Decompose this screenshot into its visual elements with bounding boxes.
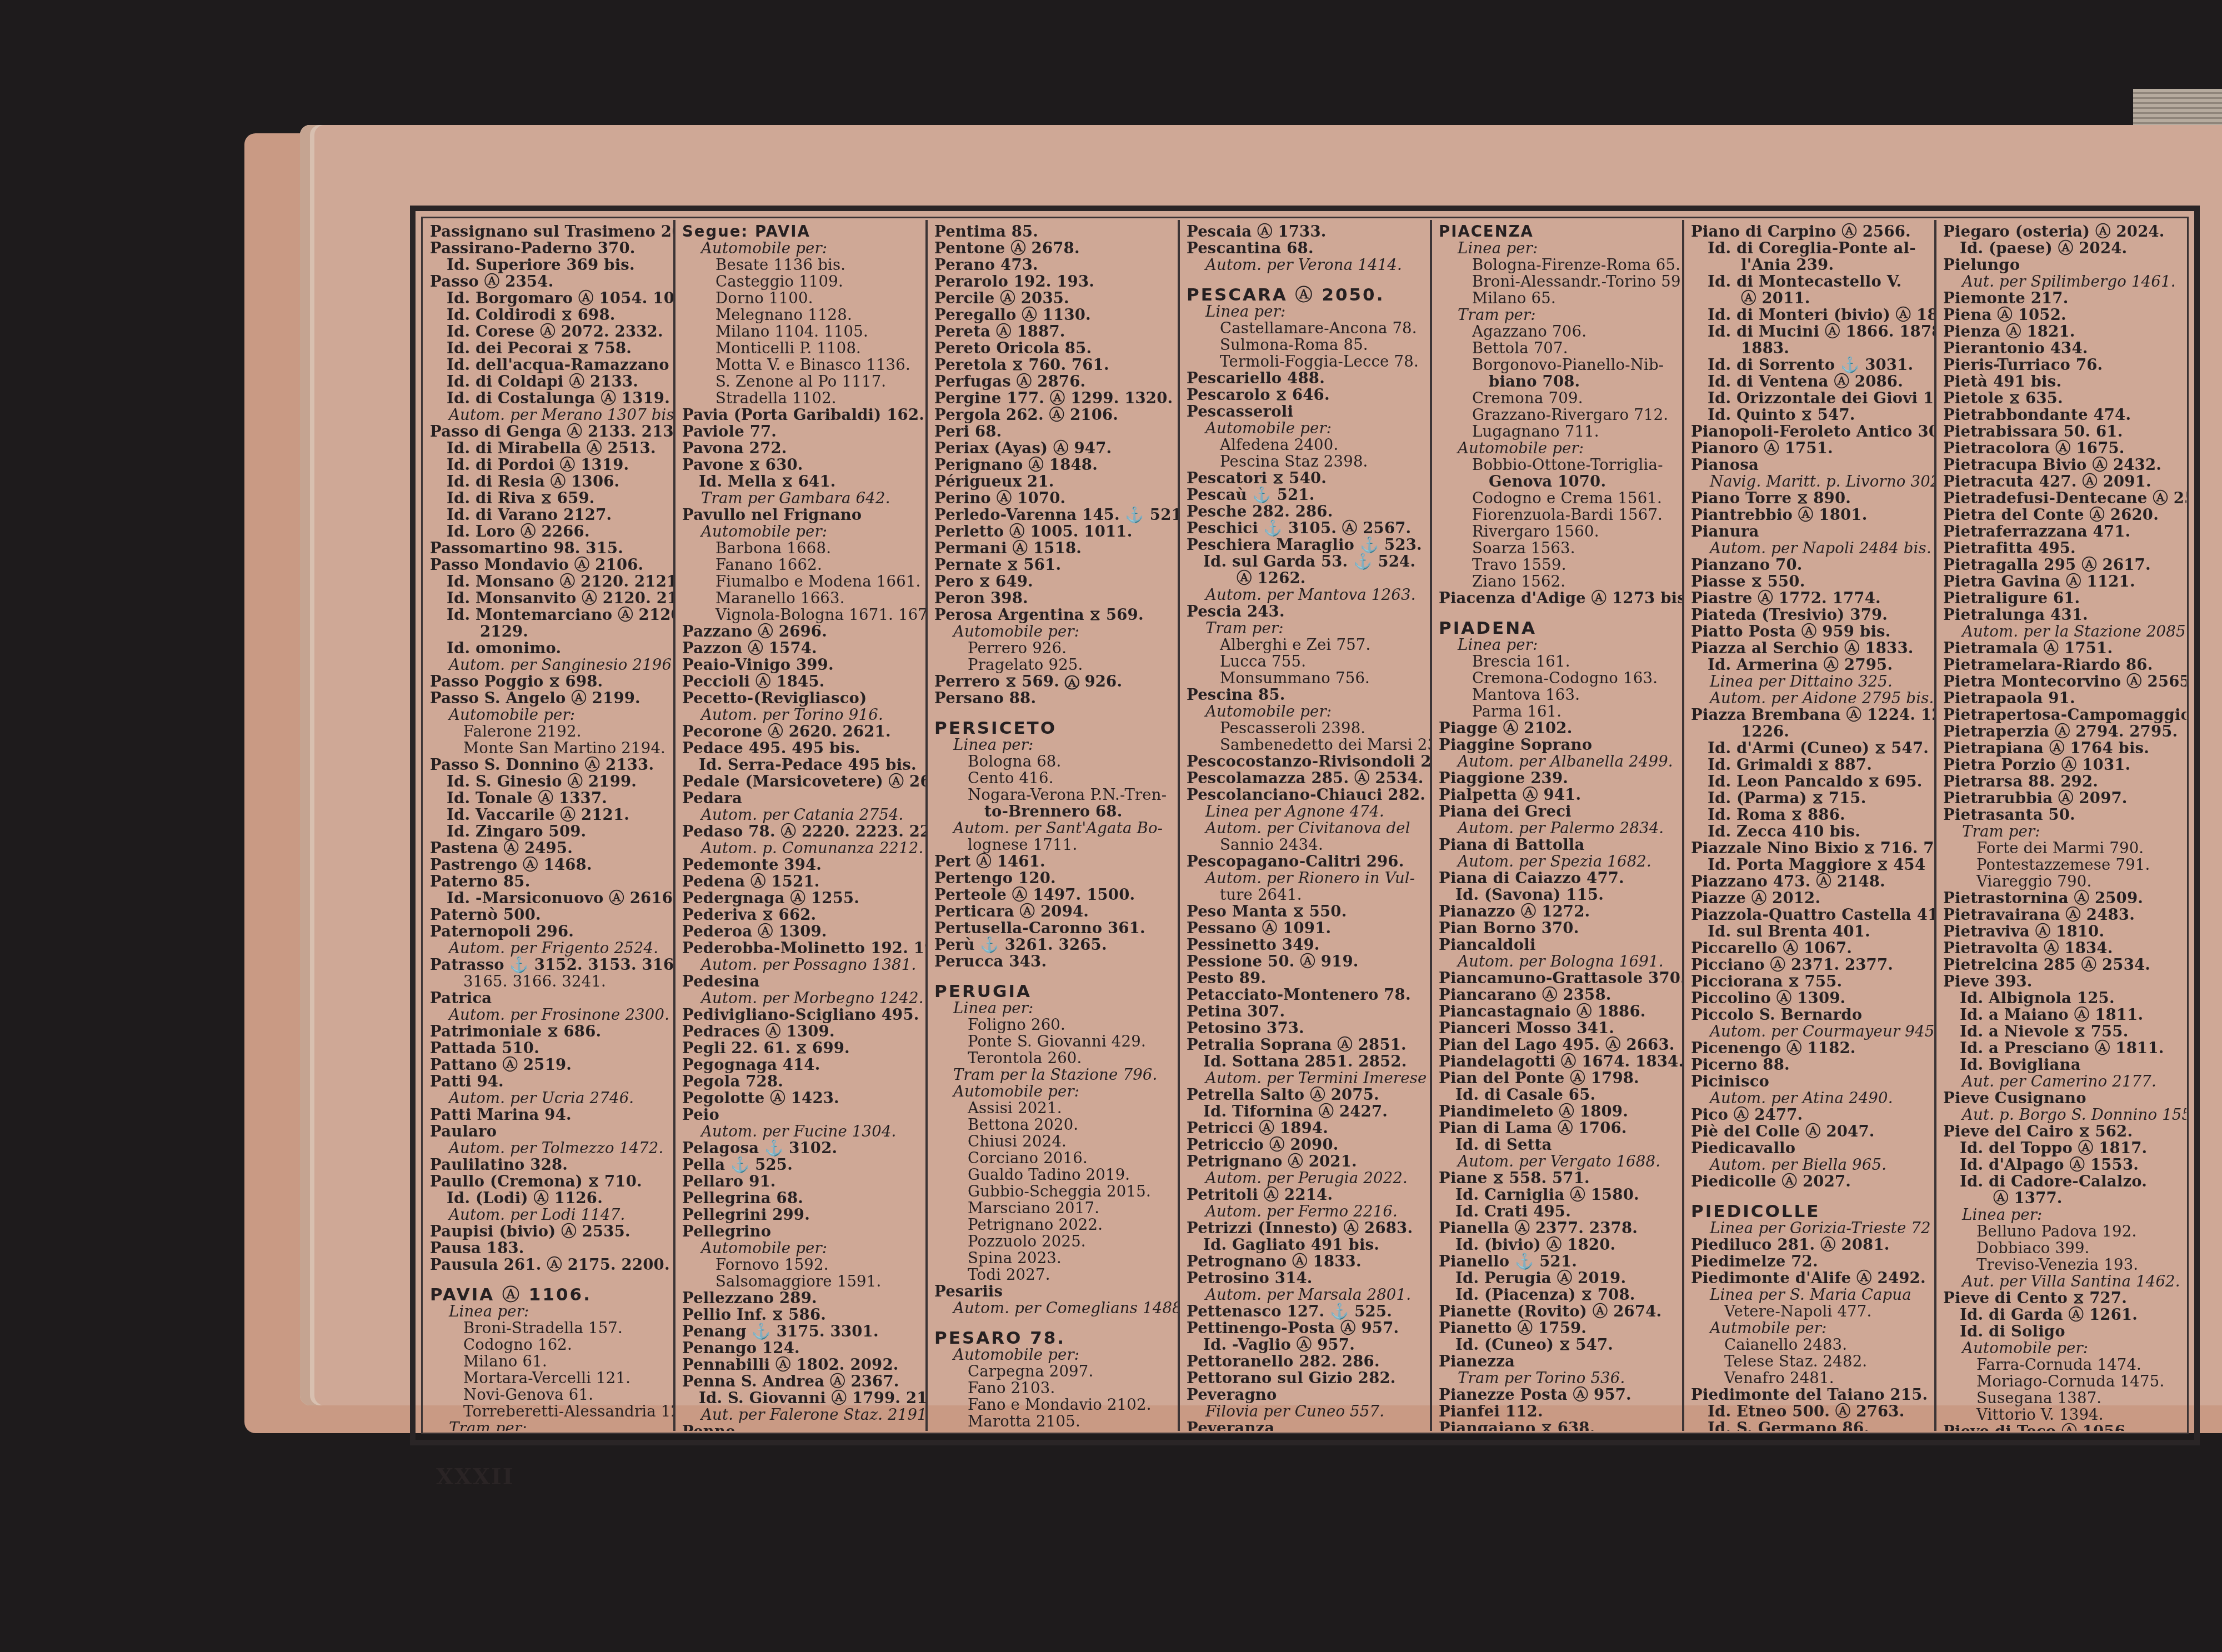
index-entry: Pattada 510. xyxy=(430,1040,670,1057)
service-line: Linea per Gorizia-Trieste 72 xyxy=(1691,1220,1931,1237)
index-entry: Motta V. e Binasco 1136. xyxy=(682,357,922,373)
index-entry: Peregallo Ⓐ 1130. xyxy=(934,307,1174,323)
index-entry: Patrasso ⚓ 3152. 3153. 3163. 3164 xyxy=(430,957,670,973)
index-entry: Milano 65. xyxy=(1439,290,1679,307)
index-entry: Piccarello Ⓐ 1067. xyxy=(1691,940,1931,957)
index-entry: Patti Marina 94. xyxy=(430,1107,670,1123)
index-entry: Fano e Mondavio 2102. xyxy=(934,1396,1174,1413)
index-entry: Pieve 393. xyxy=(1943,973,2183,990)
index-entry: Pattano Ⓐ 2519. xyxy=(430,1057,670,1073)
service-line: Automobile per: xyxy=(1943,1340,2183,1356)
index-entry: Pietrarsa 88. 292. xyxy=(1943,773,2183,790)
index-entry: Piancastagnaio Ⓐ 1886. xyxy=(1439,1003,1679,1020)
service-line: Linea per: xyxy=(1439,637,1679,653)
service-line: Autom. per Courmayeur 945. xyxy=(1691,1023,1931,1040)
service-line: Autom. per Fermo 2216. xyxy=(1187,1203,1427,1220)
index-entry: Id. di Resia Ⓐ 1306. xyxy=(430,473,670,490)
index-entry: Piandimeleto Ⓐ 1809. xyxy=(1439,1103,1679,1120)
index-entry: Pegognaga 414. xyxy=(682,1057,922,1073)
service-line: Autom. per Atina 2490. xyxy=(1691,1090,1931,1107)
service-line: Linea per: xyxy=(934,737,1174,753)
index-entry: Pietravairana Ⓐ 2483. xyxy=(1943,907,2183,923)
index-entry: Id. di Montecastello V. xyxy=(1691,273,1931,290)
index-entry: Id. Mella ⧖ 641. xyxy=(682,473,922,490)
index-entry: Pescolanciano-Chiauci 282. xyxy=(1187,787,1427,803)
index-entry: Perino Ⓐ 1070. xyxy=(934,490,1174,507)
index-entry: Penne xyxy=(682,1423,922,1431)
index-entry: Novi-Genova 61. xyxy=(430,1386,670,1403)
index-entry: Marsciano 2017. xyxy=(934,1200,1174,1217)
service-line: Linea per: xyxy=(430,1303,670,1320)
index-entry: Peri 68. xyxy=(934,423,1174,440)
index-entry: Pescolamazza 285. Ⓐ 2534. xyxy=(1187,770,1427,787)
index-entry: Id. S. Ginesio Ⓐ 2199. xyxy=(430,773,670,790)
index-entry: Id. Corese Ⓐ 2072. 2332. xyxy=(430,323,670,340)
index-entry: Mortara-Vercelli 121. xyxy=(430,1370,670,1386)
index-entry: Pietracolora Ⓐ 1675. xyxy=(1943,440,2183,457)
index-entry: Milano 1104. 1105. xyxy=(682,323,922,340)
index-entry: Perticara Ⓐ 2094. xyxy=(934,903,1174,920)
index-entry: Pianetto Ⓐ 1759. xyxy=(1439,1320,1679,1336)
index-entry: Pianette (Rovito) Ⓐ 2674. xyxy=(1439,1303,1679,1320)
page-number: XXXII xyxy=(436,1464,514,1490)
index-entry: Piegaro (osteria) Ⓐ 2024. xyxy=(1943,223,2183,240)
index-entry: Picinisco xyxy=(1691,1073,1931,1090)
index-entry: Id. Crati 495. xyxy=(1439,1203,1679,1220)
index-entry: Pian del Ponte Ⓐ 1798. xyxy=(1439,1070,1679,1087)
index-entry: Pero ⧖ 649. xyxy=(934,573,1174,590)
index-entry: Id. Porta Maggiore ⧖ 454 xyxy=(1691,857,1931,873)
index-entry: Foligno 260. xyxy=(934,1017,1174,1033)
index-entry: Peron 398. xyxy=(934,590,1174,607)
index-entry: Patrimoniale ⧖ 686. xyxy=(430,1023,670,1040)
index-entry: Bettona 2020. xyxy=(934,1117,1174,1133)
index-entry: lognese 1711. xyxy=(934,837,1174,853)
index-entry: Passirano-Paderno 370. xyxy=(430,240,670,257)
index-column-5: PIACENZALinea per:Bologna-Firenze-Roma 6… xyxy=(1432,220,1684,1431)
index-entry: Percile Ⓐ 2035. xyxy=(934,290,1174,307)
index-column-2: Segue: PAVIAAutomobile per:Besate 1136 b… xyxy=(675,220,928,1431)
index-entry: Id. Monsano Ⓐ 2120. 2121. 2129 xyxy=(430,573,670,590)
index-entry: Pentone Ⓐ 2678. xyxy=(934,240,1174,257)
index-entry: Piane ⧖ 558. 571. xyxy=(1439,1170,1679,1187)
index-entry: Pietraperzia Ⓐ 2794. 2795. xyxy=(1943,723,2183,740)
index-entry: Piancamuno-Grattasole 370. xyxy=(1439,970,1679,987)
service-line: Automobile per: xyxy=(682,240,922,257)
index-entry: Piè del Colle Ⓐ 2047. xyxy=(1691,1123,1931,1140)
section-heading: PIEDICOLLE xyxy=(1691,1203,1931,1220)
section-heading: PIACENZA xyxy=(1439,223,1679,240)
index-entry: Id. omonimo. xyxy=(430,640,670,657)
index-entry: Pedraces Ⓐ 1309. xyxy=(682,1023,922,1040)
index-entry: Rivergaro 1560. xyxy=(1439,523,1679,540)
index-entry: Id. S. Giovanni Ⓐ 1799. 2194. xyxy=(682,1390,922,1406)
index-entry: biano 708. xyxy=(1439,373,1679,390)
service-line: Autom. per Aidone 2795 bis. xyxy=(1691,690,1931,707)
index-entry: Piastre Ⓐ 1772. 1774. xyxy=(1691,590,1931,607)
index-entry: Peveragno xyxy=(1187,1386,1427,1403)
index-entry: Id. (Savona) 115. xyxy=(1439,887,1679,903)
index-entry: Id. d'Alpago Ⓐ 1553. xyxy=(1943,1157,2183,1173)
index-entry: Pavona 272. xyxy=(682,440,922,457)
service-line: Automobile per: xyxy=(430,707,670,723)
index-entry: Id. Sottana 2851. 2852. xyxy=(1187,1053,1427,1070)
index-entry: Pietrapaola 91. xyxy=(1943,690,2183,707)
index-entry: Milano 61. xyxy=(430,1353,670,1370)
index-entry: Pieve del Cairo ⧖ 562. xyxy=(1943,1123,2183,1140)
index-entry: Pessinetto 349. xyxy=(1187,937,1427,953)
index-entry: Pederiva ⧖ 662. xyxy=(682,907,922,923)
service-line: Autom. per Frigento 2524. xyxy=(430,940,670,957)
section-heading: PERSICETO xyxy=(934,720,1174,737)
index-entry: Piangaiano ⧖ 638. xyxy=(1439,1420,1679,1431)
index-entry: Pettinengo-Posta Ⓐ 957. xyxy=(1187,1320,1427,1336)
index-entry: Cremona-Codogno 163. xyxy=(1439,670,1679,687)
index-entry: Pietragalla 295 Ⓐ 2617. xyxy=(1943,557,2183,573)
index-entry: Piantrebbio Ⓐ 1801. xyxy=(1691,507,1931,523)
index-entry: Nogara-Verona P.N.-Tren- xyxy=(934,787,1174,803)
index-entry: Pietra Porzio Ⓐ 1031. xyxy=(1943,757,2183,773)
index-column-7: Piegaro (osteria) Ⓐ 2024.Id. (paese) Ⓐ 2… xyxy=(1936,220,2186,1431)
index-entry: Pianura xyxy=(1691,523,1931,540)
index-entry: Moriago-Cornuda 1475. xyxy=(1943,1373,2183,1390)
index-entry: Id. Quinto ⧖ 547. xyxy=(1691,407,1931,423)
index-entry: Id. (Lodi) Ⓐ 1126. xyxy=(430,1190,670,1207)
index-entry: Pessione 50. Ⓐ 919. xyxy=(1187,953,1427,970)
index-entry: Petina 307. xyxy=(1187,1003,1427,1020)
service-line: Autom. per Mantova 1263. xyxy=(1187,587,1427,603)
index-entry: Pedesina xyxy=(682,973,922,990)
index-entry: Petrella Salto Ⓐ 2075. xyxy=(1187,1087,1427,1103)
index-entry: Id. di Casale 65. xyxy=(1439,1087,1679,1103)
index-entry: Passignano sul Trasimeno 260. xyxy=(430,223,670,240)
index-entry: Pianoro Ⓐ 1751. xyxy=(1691,440,1931,457)
index-entry: Pietracupa Bivio Ⓐ 2432. xyxy=(1943,457,2183,473)
index-entry: Paularo xyxy=(430,1123,670,1140)
service-line: Tram per Torino 536. xyxy=(1439,1370,1679,1386)
service-line: Autom. per Ucria 2746. xyxy=(430,1090,670,1107)
index-entry: Id. Roma ⧖ 886. xyxy=(1691,807,1931,823)
index-entry: Piemonte 217. xyxy=(1943,290,2183,307)
service-line: Automobile per: xyxy=(1187,420,1427,437)
service-line: Automobile per: xyxy=(1439,440,1679,457)
index-entry: Petrosino 314. xyxy=(1187,1270,1427,1286)
index-entry: Picenengo Ⓐ 1182. xyxy=(1691,1040,1931,1057)
service-line: Autom. per Verona 1414. xyxy=(1187,257,1427,273)
service-line: Linea per S. Maria Capua xyxy=(1691,1286,1931,1303)
index-entry: Pergine 177. Ⓐ 1299. 1320. xyxy=(934,390,1174,407)
index-entry: Ⓐ 1262. xyxy=(1187,570,1427,587)
index-entry: Id. dei Pecorai ⧖ 758. xyxy=(430,340,670,357)
index-entry: Ⓐ 1377. xyxy=(1943,1190,2183,1207)
index-entry: Pianezza xyxy=(1439,1353,1679,1370)
index-entry: Pianezze Posta Ⓐ 957. xyxy=(1439,1386,1679,1403)
service-line: Autom. per Albanella 2499. xyxy=(1439,753,1679,770)
index-entry: Persano 88. xyxy=(934,690,1174,707)
index-entry: Pescaù ⚓ 521. xyxy=(1187,487,1427,503)
index-entry: Pesto 89. xyxy=(1187,970,1427,987)
index-entry: Id. Tonale Ⓐ 1337. xyxy=(430,790,670,807)
index-entry: Perù ⚓ 3261. 3265. xyxy=(934,937,1174,953)
index-entry: Perano 473. xyxy=(934,257,1174,273)
index-entry: Pietrafitta 495. xyxy=(1943,540,2183,557)
index-entry: Pontestazzemese 791. xyxy=(1943,857,2183,873)
index-entry: Pieve di Teco Ⓐ 1056. xyxy=(1943,1423,2183,1431)
index-entry: Id. (paese) Ⓐ 2024. xyxy=(1943,240,2183,257)
index-entry: Petrignano 2022. xyxy=(934,1217,1174,1233)
service-line: Aut. p. Borgo S. Donnino 1558 xyxy=(1943,1107,2183,1123)
index-entry: Pausa 183. xyxy=(430,1240,670,1256)
index-entry: Pietraligure 61. xyxy=(1943,590,2183,607)
index-entry: Piccolo S. Bernardo xyxy=(1691,1007,1931,1023)
index-entry: Piedicolle Ⓐ 2027. xyxy=(1691,1173,1931,1190)
index-entry: Piagge Ⓐ 2102. xyxy=(1439,720,1679,737)
index-entry: Paterno 85. xyxy=(430,873,670,890)
service-line: Autom. per Sant'Agata Bo- xyxy=(934,820,1174,837)
index-entry: Pianceri Mosso 341. xyxy=(1439,1020,1679,1037)
index-entry: Venafro 2481. xyxy=(1691,1370,1931,1386)
index-entry: Passomartino 98. 315. xyxy=(430,540,670,557)
service-line: Aut. per Falerone Staz. 2191. xyxy=(682,1406,922,1423)
index-entry: Pianzano 70. xyxy=(1691,557,1931,573)
index-entry: Piacenza d'Adige Ⓐ 1273 bis. xyxy=(1439,590,1679,607)
index-entry: Petrizzi (Innesto) Ⓐ 2683. xyxy=(1187,1220,1427,1237)
index-entry: Picciano Ⓐ 2371. 2377. xyxy=(1691,957,1931,973)
index-entry: Petralia Soprana Ⓐ 2851. xyxy=(1187,1037,1427,1053)
index-entry: Termoli-Foggia-Lecce 78. xyxy=(1187,353,1427,370)
index-entry: Pergola 262. Ⓐ 2106. xyxy=(934,407,1174,423)
index-entry: Id. Serra-Pedace 495 bis. xyxy=(682,757,922,773)
index-entry: Maranello 1663. xyxy=(682,590,922,607)
service-line: Automobile per: xyxy=(682,523,922,540)
index-entry: Passo di Genga Ⓐ 2133. 2133 bis xyxy=(430,423,670,440)
service-line: Autom. per Marsala 2801. xyxy=(1187,1286,1427,1303)
index-entry: Paternò 500. xyxy=(430,907,670,923)
index-table-frame: Passignano sul Trasimeno 260.Passirano-P… xyxy=(410,206,2200,1445)
section-heading: PAVIA Ⓐ 1106. xyxy=(430,1286,670,1303)
index-entry: Marotta 2105. xyxy=(934,1413,1174,1430)
service-line: Autom. per Palermo 2834. xyxy=(1439,820,1679,837)
index-entry: Passo S. Angelo Ⓐ 2199. xyxy=(430,690,670,707)
index-entry: Id. (Cuneo) ⧖ 547. xyxy=(1439,1336,1679,1353)
service-line: Autom. per Termini Imerese 2818 xyxy=(1187,1070,1427,1087)
index-entry: Bettola 707. xyxy=(1439,340,1679,357)
service-line: Automobile per: xyxy=(934,623,1174,640)
index-entry: Pietrapertosa-Campomaggiore 88. xyxy=(1943,707,2183,723)
index-entry: Id. Monsanvito Ⓐ 2120. 2129. xyxy=(430,590,670,607)
index-entry: Pettorano sul Gizio 282. xyxy=(1187,1370,1427,1386)
index-entry: Pietole ⧖ 635. xyxy=(1943,390,2183,407)
index-entry: Pieve Cusignano xyxy=(1943,1090,2183,1107)
index-entry: Pietrasanta 50. xyxy=(1943,807,2183,823)
index-entry: Sambenedetto dei Marsi 2399 xyxy=(1187,737,1427,753)
index-entry: Pedivigliano-Scigliano 495. xyxy=(682,1007,922,1023)
index-entry: Passo S. Donnino Ⓐ 2133. xyxy=(430,757,670,773)
index-entry: Pereto Oricola 85. xyxy=(934,340,1174,357)
service-line: Autom. per Fucine 1304. xyxy=(682,1123,922,1140)
index-entry: Pedaso 78. Ⓐ 2220. 2223. 2231. xyxy=(682,823,922,840)
index-entry: Pietra Montecorvino Ⓐ 2565. xyxy=(1943,673,2183,690)
index-entry: Cento 416. xyxy=(934,770,1174,787)
index-entry: Peschici ⚓ 3105. Ⓐ 2567. xyxy=(1187,520,1427,537)
index-entry: Id. di Mirabella Ⓐ 2513. xyxy=(430,440,670,457)
index-entry: Id. Etneo 500. Ⓐ 2763. xyxy=(1691,1403,1931,1420)
index-entry: Id. di Cadore-Calalzo. xyxy=(1943,1173,2183,1190)
index-entry: Pert Ⓐ 1461. xyxy=(934,853,1174,870)
index-entry: Id. di Coreglia-Ponte al- xyxy=(1691,240,1931,257)
service-line: Autom. per Vergato 1688. xyxy=(1439,1153,1679,1170)
index-entry: Paupisi (bivio) Ⓐ 2535. xyxy=(430,1223,670,1240)
index-entry: Petrignano Ⓐ 2021. xyxy=(1187,1153,1427,1170)
service-line: Linea per: xyxy=(1943,1207,2183,1223)
index-entry: Perfugas Ⓐ 2876. xyxy=(934,373,1174,390)
index-entry: Perledo-Varenna 145. ⚓ 521. xyxy=(934,507,1174,523)
section-heading: PIADENA xyxy=(1439,620,1679,637)
index-column-3: Pentima 85.Pentone Ⓐ 2678.Perano 473.Per… xyxy=(928,220,1180,1431)
index-entry: Pazzano Ⓐ 2696. xyxy=(682,623,922,640)
service-line: Tram per: xyxy=(430,1420,670,1431)
service-line: Autom. per Lodi 1147. xyxy=(430,1207,670,1223)
index-entry: Pastrengo Ⓐ 1468. xyxy=(430,857,670,873)
section-heading: Segue: PAVIA xyxy=(682,223,922,240)
index-entry: Id. Tifornina Ⓐ 2427. xyxy=(1187,1103,1427,1120)
index-column-6: Piano di Carpino Ⓐ 2566.Id. di Coreglia-… xyxy=(1684,220,1936,1431)
index-entry: Sulmona-Roma 85. xyxy=(1187,337,1427,353)
index-entry: Id. Grimaldi ⧖ 887. xyxy=(1691,757,1931,773)
index-entry: Piasse ⧖ 550. xyxy=(1691,573,1931,590)
index-entry: Pietradefusi-Dentecane Ⓐ 2513 xyxy=(1943,490,2183,507)
index-entry: Pertusella-Caronno 361. xyxy=(934,920,1174,937)
index-entry: 3165. 3166. 3241. xyxy=(430,973,670,990)
index-entry: Pellaro 91. xyxy=(682,1173,922,1190)
index-entry: l'Ania 239. xyxy=(1691,257,1931,273)
service-line: Tram per: xyxy=(1187,620,1427,637)
index-entry: Pianella Ⓐ 2377. 2378. xyxy=(1439,1220,1679,1237)
index-entry: Pietravolta Ⓐ 1834. xyxy=(1943,940,2183,957)
index-entry: Pastena Ⓐ 2495. xyxy=(430,840,670,857)
index-entry: Pereta Ⓐ 1887. xyxy=(934,323,1174,340)
index-entry: Id. Carniglia Ⓐ 1580. xyxy=(1439,1187,1679,1203)
service-line: Automobile per: xyxy=(934,1346,1174,1363)
index-entry: Pedena Ⓐ 1521. xyxy=(682,873,922,890)
index-entry: Penna S. Andrea Ⓐ 2367. xyxy=(682,1373,922,1390)
index-entry: Todi 2027. xyxy=(934,1266,1174,1283)
service-line: Linea per Agnone 474. xyxy=(1187,803,1427,820)
index-entry: Piccolino Ⓐ 1309. xyxy=(1691,990,1931,1007)
index-entry: Broni-Alessandr.-Torino 59 xyxy=(1439,273,1679,290)
index-entry: Pavia (Porta Garibaldi) 162. xyxy=(682,407,922,423)
index-entry: Perosa Argentina ⧖ 569. xyxy=(934,607,1174,623)
index-entry: Peretola ⧖ 760. 761. xyxy=(934,357,1174,373)
service-line: Tram per la Stazione 796. xyxy=(934,1067,1174,1083)
index-entry: Monticelli P. 1108. xyxy=(682,340,922,357)
index-entry: Piandelagotti Ⓐ 1674. 1834. xyxy=(1439,1053,1679,1070)
index-entry: Pentima 85. xyxy=(934,223,1174,240)
section-heading: PESARO 78. xyxy=(934,1330,1174,1346)
index-entry: Telese Staz. 2482. xyxy=(1691,1353,1931,1370)
index-entry: Pettoranello 282. 286. xyxy=(1187,1353,1427,1370)
index-entry: Torreberetti-Alessandria 125. xyxy=(430,1403,670,1420)
index-entry: Piena Ⓐ 1052. xyxy=(1943,307,2183,323)
service-line: Tram per Gambara 642. xyxy=(682,490,922,507)
index-entry: Id. a Presciano Ⓐ 1811. xyxy=(1943,1040,2183,1057)
index-entry: Belluno Padova 192. xyxy=(1943,1223,2183,1240)
index-entry: Trebbio 2100. xyxy=(934,1430,1174,1431)
index-entry: Pietraferrazzana 471. xyxy=(1943,523,2183,540)
index-entry: Id. di Costalunga Ⓐ 1319. xyxy=(430,390,670,407)
index-entry: Id. di Ventena Ⓐ 2086. xyxy=(1691,373,1931,390)
service-line: Autom. per Comeglians 1488. xyxy=(934,1300,1174,1316)
index-entry: Pianazzo Ⓐ 1272. xyxy=(1439,903,1679,920)
service-line: Linea per Dittaino 325. xyxy=(1691,673,1931,690)
index-entry: Stradella 1102. xyxy=(682,390,922,407)
index-entry: Perteole Ⓐ 1497. 1500. xyxy=(934,887,1174,903)
index-entry: Grazzano-Rivergaro 712. xyxy=(1439,407,1679,423)
index-entry: Paulilatino 328. xyxy=(430,1157,670,1173)
index-entry: Id. di Mucini Ⓐ 1866. 1878. xyxy=(1691,323,1931,340)
index-entry: Vetere-Napoli 477. xyxy=(1691,1303,1931,1320)
index-entry: Piaggione 239. xyxy=(1439,770,1679,787)
index-entry: Passo Poggio ⧖ 698. xyxy=(430,673,670,690)
service-line: Navig. Maritt. p. Livorno 3022 xyxy=(1691,473,1931,490)
index-entry: Pescantina 68. xyxy=(1187,240,1427,257)
service-line: Linea per: xyxy=(1439,240,1679,257)
index-entry: Petritoli Ⓐ 2214. xyxy=(1187,1187,1427,1203)
index-entry: Peschiera Maraglio ⚓ 523. xyxy=(1187,537,1427,553)
index-entry: Petriccio Ⓐ 2090. xyxy=(1187,1137,1427,1153)
index-entry: Permani Ⓐ 1518. xyxy=(934,540,1174,557)
service-line: Autom. per Catania 2754. xyxy=(682,807,922,823)
index-entry: Id. Zingaro 509. xyxy=(430,823,670,840)
index-entry: Perrero 926. xyxy=(934,640,1174,657)
index-entry: Périgueux 21. xyxy=(934,473,1174,490)
index-entry: Pietra Gavina Ⓐ 1121. xyxy=(1943,573,2183,590)
index-entry: Id. -Vaglio Ⓐ 957. xyxy=(1187,1336,1427,1353)
index-entry: Bobbio-Ottone-Torriglia- xyxy=(1439,457,1679,473)
index-entry: Fanano 1662. xyxy=(682,557,922,573)
index-entry: Broni-Stradella 157. xyxy=(430,1320,670,1336)
index-entry: Pico Ⓐ 2477. xyxy=(1691,1107,1931,1123)
index-entry: Codogno 162. xyxy=(430,1336,670,1353)
index-entry: Petrognano Ⓐ 1833. xyxy=(1187,1253,1427,1270)
service-line: Automobile per: xyxy=(682,1240,922,1256)
index-entry: Parma 161. xyxy=(1439,703,1679,720)
index-entry: Id. Orizzontale dei Giovi 136 xyxy=(1691,390,1931,407)
index-entry: Pielungo xyxy=(1943,257,2183,273)
index-entry: Fano 2103. xyxy=(934,1380,1174,1396)
service-line: Automobile per: xyxy=(934,1083,1174,1100)
index-entry: Id. Perugia Ⓐ 2019. xyxy=(1439,1270,1679,1286)
index-entry: Gualdo Tadino 2019. xyxy=(934,1167,1174,1183)
index-entry: Id. sul Brenta 401. xyxy=(1691,923,1931,940)
index-entry: Pedace 495. 495 bis. xyxy=(682,740,922,757)
section-heading: PERUGIA xyxy=(934,983,1174,1000)
index-entry: Peso Manta ⧖ 550. xyxy=(1187,903,1427,920)
service-line: Autom. per Civitanova del xyxy=(1187,820,1427,837)
index-entry: ture 2641. xyxy=(1187,887,1427,903)
index-entry: Perarolo 192. 193. xyxy=(934,273,1174,290)
index-entry: Piedimonte d'Alife Ⓐ 2492. xyxy=(1691,1270,1931,1286)
index-entry: Id. a Maiano Ⓐ 1811. xyxy=(1943,1007,2183,1023)
index-entry: Piedicavallo xyxy=(1691,1140,1931,1157)
service-line: Autom. per Perugia 2022. xyxy=(1187,1170,1427,1187)
index-entry: Pavullo nel Frignano xyxy=(682,507,922,523)
section-heading: PESCARA Ⓐ 2050. xyxy=(1187,287,1427,303)
index-entry: Treviso-Venezia 193. xyxy=(1943,1256,2183,1273)
index-entry: Carpegna 2097. xyxy=(934,1363,1174,1380)
index-entry: Casteggio 1109. xyxy=(682,273,922,290)
index-entry: Fiorenzuola-Bardi 1567. xyxy=(1439,507,1679,523)
